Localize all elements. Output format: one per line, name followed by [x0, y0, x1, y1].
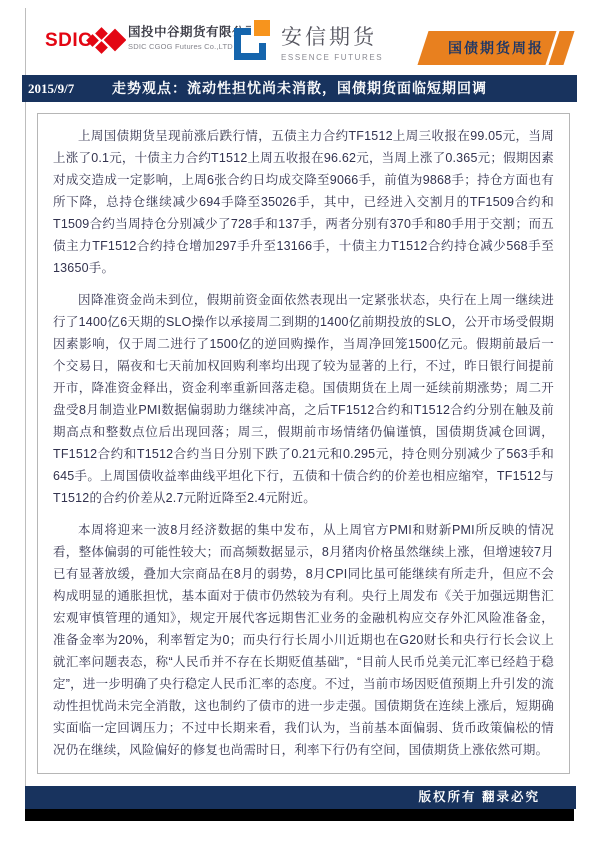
essence-logo-orange-square: [254, 20, 270, 36]
report-paragraph-1: 上周国债期货呈现前涨后跌行情，五债主力合约TF1512上周三收报在99.05元，…: [53, 125, 554, 279]
report-paragraph-2: 因降准资金尚未到位，假期前资金面依然表现出一定紧张状态，央行在上周一继续进行了1…: [53, 289, 554, 509]
essence-logo-icon: [234, 20, 276, 62]
sdic-diamonds-icon: [86, 26, 126, 54]
report-type-badge-label: 国债期货周报: [423, 31, 569, 65]
footer-bar: 版权所有 翻录必究: [25, 786, 576, 809]
essence-name-cn: 安信期货: [281, 27, 383, 48]
title-bar: 2015/9/7 走势观点：流动性担忧尚未消散，国债期货面临短期回调: [22, 75, 577, 102]
report-page: SDIC 国投中谷期货有限公司 SDIC CGOG Futures Co.,LT…: [0, 0, 595, 842]
report-body: 上周国债期货呈现前涨后跌行情，五债主力合约TF1512上周三收报在99.05元，…: [37, 113, 570, 774]
report-title: 走势观点：流动性担忧尚未消散，国债期货面临短期回调: [22, 75, 577, 102]
report-paragraph-3: 本周将迎来一波8月经济数据的集中发布，从上周官方PMI和财新PMI所反映的情况看…: [53, 519, 554, 761]
footer-black-bar: [25, 809, 574, 821]
report-type-badge: 国债期货周报: [417, 31, 574, 65]
page-margin-line: [25, 8, 26, 788]
essence-name-en: ESSENCE FUTURES: [281, 54, 383, 62]
essence-name-block: 安信期货 ESSENCE FUTURES: [281, 27, 383, 62]
copyright-text: 版权所有 翻录必究: [419, 786, 540, 809]
